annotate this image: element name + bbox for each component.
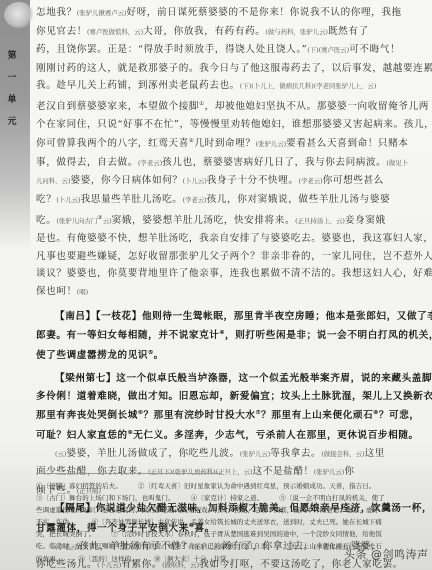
lyric-text: 那里有奔丧处哭倒长城 [36,410,138,421]
text-line: 老汉自到蔡婆婆家来，本望做个接脚①，却被他媳妇坚执不从。那婆婆一向收留俺爷儿两 [36,96,404,116]
dialogue-text: 我。趁早儿关上药铺，到涿州卖老鼠药去也。 [36,80,240,91]
dialogue-text: 我身子十分不快哩。 [207,175,299,186]
dialogue-text: 面少些盐醋，你去取来。 [36,466,148,477]
stage-direction: (唱) [77,288,88,296]
lyric-text: 。 [154,350,164,361]
stage-direction: 云) [103,217,112,225]
stage-direction: (张驴儿向古门 [56,217,97,225]
unit-label-char: 一 [7,70,16,83]
unit-label-char: 元 [7,114,16,127]
song-line: 【南吕】【一枝花】他则待一生鸳帐眠，那里肯半夜空房睡；他本是张郎妇，又做了李 [36,308,404,326]
lyric-text: 他则待一生鸳帐眠，那里肯半夜空房睡；他本是张郎妇，又做了李 [142,311,432,322]
stage-direction: (下)(卜儿上，做病伏几科)(孛老同张驴儿上，云) [240,82,376,90]
dialogue-text: 你可想些甚么 [323,175,384,186]
footnote: ⑨〔恁的〕这样的。 [78,555,137,563]
dialogue-text: 你 [344,466,354,477]
stage-direction: (做见卜 [386,159,408,167]
dialogue-text: 你见官去！ [36,26,87,37]
stage-direction: (张驴儿云) [256,140,287,148]
stage-direction: (卜儿云) [56,196,80,204]
footnote: 哭，把长城哭倒了。 [36,530,95,538]
footnote: 的故事。 [36,555,62,563]
dialogue-text: 我思量些羊肚儿汤吃。 [81,194,183,205]
stage-direction: (孛老云) [138,159,162,167]
stage-direction: (做与药科，张驴儿云) [265,28,328,36]
song-title: 【南吕】【一枝花】 [55,311,142,322]
footnote: ⑩〔倒大来〕十分，非常。 [154,555,233,563]
song-line: 可耻？妇人家直恁的⑨无仁义。多淫奔，少志气，亏杀前人在那里，更休说百步相随。 [36,425,404,445]
footnote: ②〔红鸾天喜〕旧时星象家认为命中遇到红鸾星，预示婚姻成功。天喜，指吉日。 [138,482,376,490]
lyric-text: ？那里有浣纱时甘投大水 [143,410,255,421]
song-line: 郎妻。有一等妇女每相随，并不说家克计④，则打听些闲是非；说一会不明白打凤的机关， [36,325,404,345]
dialogue-text: 你可曾算我两个的八字，红鸾天喜 [36,138,189,149]
dialogue-text: 凡事也要避些嫌疑，怎好收留那张驴儿父子两个？非亲非眷的，一家儿同住，岂不惹外人 [36,251,432,262]
dialogue-text: 孩儿也，蔡婆婆害病好几日了，我与你去问病波。 [162,157,386,168]
song-line: 【梁州第七】这一个似卓氏般当垆涤器，这一个似孟光般举案齐眉，说的来藏头盖脚 [36,370,404,388]
dialogue-text: 谈议？婆婆也，你莫要背地里许了他亲事，连我也累做不清不洁的。我想这妇人心，好难 [36,268,432,279]
footnote: ①〔接脚〕寡妇招赘的后夫。 [36,482,122,490]
stage-direction: (孛老云) [299,177,323,185]
dialogue-text: 孩儿，你对窦娥说，做些羊肚儿汤与婆婆 [207,194,391,205]
stage-direction: (下)(赛卢医云) [307,46,349,54]
unit-label: 第 一 单 元 [4,48,20,127]
dialogue-text: 几时到命哩？ [194,138,255,149]
dialogue-text: 是也。有俺婆婆不快，想羊肚汤吃，我亲自安排了与婆婆吃去。婆婆也，我这寡妇人家， [36,233,432,244]
lyric-text: ，则打听些闲是非；说一会不明白打凤的机关， [225,330,432,341]
text-line: 事，做得去，自去做。(孛老云)孩儿也，蔡婆婆害病好几日了，我与你去问病波。(做见… [36,154,404,173]
song-line: 多伶俐！道着难晓，做出才知。旧恩忘却，新爱偏宜；坟头上土脉犹湿，架儿上又换新衣。 [36,388,404,406]
stage-direction: (云) [55,450,66,458]
stage-direction: (孛老云) [183,196,207,204]
footnote: ④〔家克计〕持家之道。 [191,494,264,502]
dialogue-text: 吃。 [36,215,56,226]
dialogue-text: 怎地我？ [36,7,77,18]
text-line: 我。趁早儿关上药铺，到涿州卖老鼠药去也。(下)(卜儿上，做病伏几科)(孛老同张驴… [36,77,404,96]
stage-direction: 儿问科，云) [36,177,70,185]
dialogue-text: 事，做得去，自去做。 [36,157,138,168]
unit-label-char: 单 [7,92,16,105]
stage-direction: (赛卢医做慌科，云) [87,28,143,36]
dialogue-text: 好呀，前日谋死蔡婆婆的不是你来！你说我不认的你哩，我拖 [127,7,402,18]
unit-label-char: 第 [7,48,16,61]
song-line: 使了些调虚嚣捞龙的见识⑤。 [36,345,404,365]
footnote: ⑤〔说一会不明白打凤的机关，使了 [279,494,385,502]
text-line: 吃？(卜儿云)我思量些羊肚儿汤吃。(孛老云)孩儿，你对窦娥说，做些羊肚儿汤与婆婆 [36,191,404,210]
footnote: ③〔古门〕舞台的上场门和下场门，也叫鬼门。 [36,494,175,502]
text-line: 你可曾算我两个的八字，红鸾天喜②几时到命哩？(张驴儿云)要看甚么天喜到命！只赌本 [36,133,404,154]
text-line: 凡事也要避些嫌疑，怎好收留那张驴儿父子两个？非亲非眷的，一家儿同住，岂不惹外人 [36,248,404,266]
footnote: 不实，诈伪。 [36,518,76,526]
lyric-text: 可耻？妇人家直恁的 [36,430,128,441]
lyric-text: 这一个似卓氏般当垆涤器，这一个似孟光般举案齐眉，说的来藏头盖脚 [116,373,432,384]
book-page: 第 一 单 元 怎地我？(张驴儿揪赛卢云)好呀，前日谋死蔡婆婆的不是你来！你说我… [0,0,432,570]
stage-direction: (张驴儿云) [240,450,271,458]
lyric-text: ？可悲， [379,410,420,421]
footnote-line: ①〔接脚〕寡妇招赘的后夫。②〔红鸾天喜〕旧时星象家认为命中遇到红鸾星，预示婚姻成… [36,480,408,492]
dialogue-text: 要看甚么天喜到命！只赌本 [286,138,408,149]
text-line: 谈议？婆婆也，你莫要背地里许了他亲事，连我也累做不清不洁的。我想这妇人心，好难 [36,265,404,283]
lyric-text: ？那里有上山来便化顽石 [261,410,373,421]
dialogue-text: ，却被他媳妇坚执不从。那婆婆一向收留俺爷儿两 [205,101,429,112]
unit-emblem-icon [4,2,34,28]
lyric-text: 使了些调虚嚣捞龙的见识 [36,350,148,361]
dialogue-text: 可不晦气！ [349,44,400,55]
text-line: 刚刚讨药的这人，就是救那婆子的。我今日与了他这服毒药去了，以后事发，越越要连累 [36,60,404,78]
text-line: 儿问科，云)婆婆，你今日病体如何？(卜儿云)我身子十分不快哩。(孛老云)你可想些… [36,172,404,191]
lyric-text: 郎妻。有一等妇女每相随，并不说家克计 [36,330,220,341]
dialogue-text: 等我拿去。 [270,448,321,459]
text-line: 保也呵！(唱) [36,283,404,302]
song-title: 【梁州第七】 [55,373,116,384]
dialogue-text: 婆婆，羊肚儿汤做成了，你吃些儿波。 [66,448,239,459]
text-line: 吃。(张驴儿向古门③云)窦娥，婆婆想羊肚儿汤吃，快安排将来。(正旦持汤上，云)妾… [36,210,404,231]
footnote: 吃。临走时，伍子胥叮嘱她不要向追兵泄密。她为了表示自己的诚意，投江自杀。 [36,542,274,550]
text-line: 你见官去！(赛卢医做慌科，云)大哥，你放我，有药有药。(做与药科，张驴儿云)既然… [36,23,404,42]
footnote-line: 不实，诈伪。⑥〔奔丧处哭倒长城〕古代传说，孟姜女给筑长城的丈夫送寒衣，送到时，丈… [36,516,408,528]
watermark: 头条 @剑鸣涛声 [344,546,429,562]
dialogue-text: 妾身窦娥 [345,215,386,226]
dialogue-text: 大哥，你放我，有药有药。 [143,26,265,37]
footnote-line: 些调虚嚣捞龙的见识〕意思是说的、做的都是骗人的鬼把戏。打凤、捞龙，是设下圈套，使… [36,504,408,516]
dialogue-text: 刚刚讨药的这人，就是救那婆子的。我今日与了他这服毒药去了，以后事发，越越要连累 [36,63,432,74]
dialogue-text: 婆婆，你今日病体如何？ [70,175,182,186]
dialogue-text: 个在家同住，只说“好事不在忙”，等慢慢里劝转他媳妇，谁想那婆婆又害起病来。孩儿， [36,119,432,130]
stage-direction: (张驴儿云) [314,468,345,476]
dialogue-text: 这不是盐醋！ [253,466,314,477]
lyric-text: 无仁义。多淫奔，少志气，亏杀前人在那里，更休说百步相随。 [133,430,418,441]
footnote-divider [36,473,222,474]
dialogue-text: 既然有了 [328,26,369,37]
stage-direction: (正旦持汤上，云) [295,217,345,225]
text-line: (云)婆婆，羊肚儿汤做成了，你吃些儿波。(张驴儿云)等我拿去。(做接尝科，云)这… [36,445,404,464]
dialogue-text: 药，且饶你罢。正是：“得放手时须放手，得饶人处且饶人。” [36,44,307,55]
dialogue-text: 吃？ [36,194,56,205]
stage-direction: (做接尝科，云) [321,450,364,458]
footnote: 些调虚嚣捞龙的见识〕意思是说的、做的都是骗人的鬼把戏。打凤、捞龙，是设下圈套，使… [36,506,379,514]
text-line: 个在家同住，只说“好事不在忙”，等慢慢里劝转他媳妇，谁想那婆婆又害起病来。孩儿， [36,116,404,134]
footnote-line: 哭，把长城哭倒了。⑦〔浣纱时甘投大水〕春秋时，伍子胥从楚国逃难到吴国的途中，一个… [36,528,408,540]
footnote-line: ③〔古门〕舞台的上场门和下场门，也叫鬼门。④〔家克计〕持家之道。⑤〔说一会不明白… [36,492,408,504]
footnote: ⑥〔奔丧处哭倒长城〕古代传说，孟姜女给筑长城的丈夫送寒衣，送到时，丈夫已死。她在… [92,518,382,526]
unit-side-tab: 第 一 单 元 [0,0,30,250]
dialogue-text: 这里 [365,448,385,459]
lyric-text: 多伶俐！道着难晓，做出才知。旧恩忘却，新爱偏宜；坟头上土脉犹湿，架儿上又换新衣。 [36,391,432,402]
stage-direction: (卜儿云) [183,177,207,185]
text-line: 是也。有俺婆婆不快，想羊肚汤吃，我亲自安排了与婆婆吃去。婆婆也，我这寡妇人家， [36,230,404,248]
song-line: 那里有奔丧处哭倒长城⑥？那里有浣纱时甘投大水⑦？那里有上山来便化顽石⑧？可悲， [36,405,404,425]
stage-direction: (张驴儿揪赛卢云) [77,9,127,17]
dialogue-text: 保也呵！ [36,286,77,297]
dialogue-text: 老汉自到蔡婆婆家来，本望做个接脚 [36,101,199,112]
dialogue-text: 窦娥，婆婆想羊肚儿汤吃，快安排将来。 [112,215,296,226]
text-line: 药，且饶你罢。正是：“得放手时须放手，得饶人处且饶人。”(下)(赛卢医云)可不晦… [36,41,404,60]
footnote: ⑦〔浣纱时甘投大水〕春秋时，伍子胥从楚国逃难到吴国的途中，一个浣纱女同情他，给他… [111,530,382,538]
text-line: 怎地我？(张驴儿揪赛卢云)好呀，前日谋死蔡婆婆的不是你来！你说我不认的你哩，我拖 [36,4,404,23]
